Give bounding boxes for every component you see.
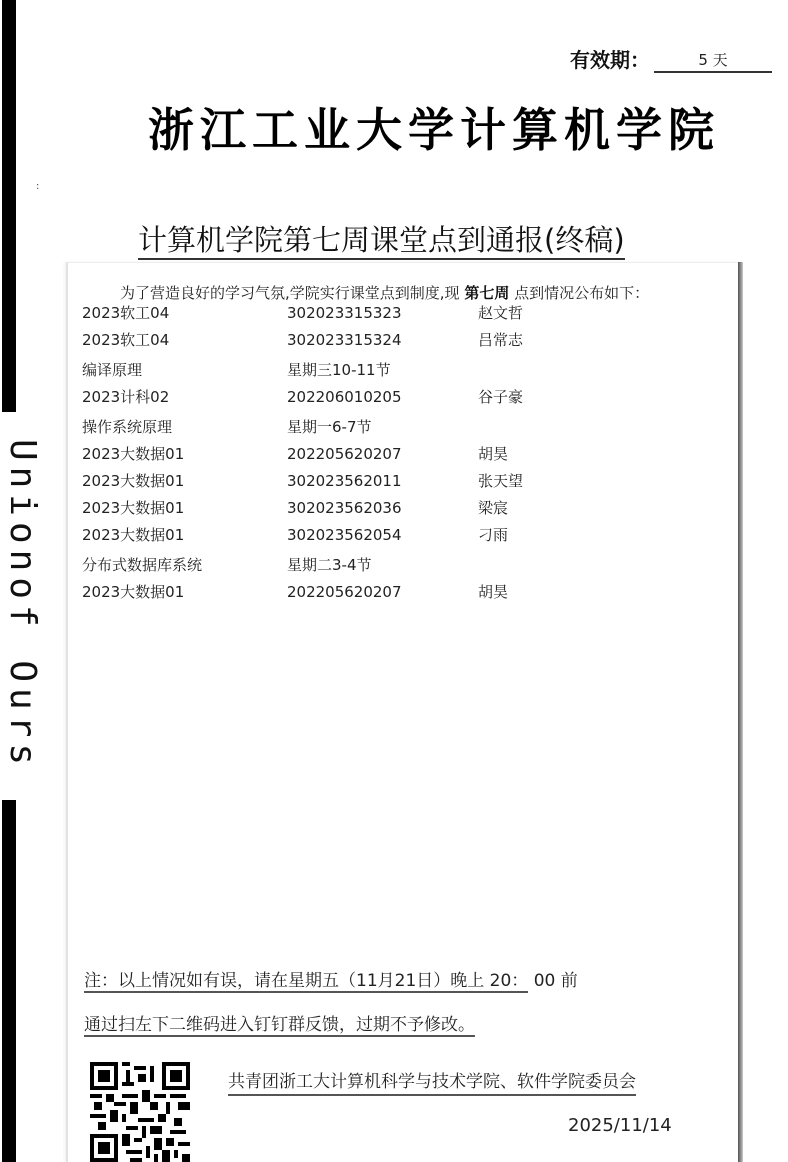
- student-id-cell: 302023562036: [287, 497, 478, 524]
- student-row: 2023软工04 302023315324 吕常志: [82, 329, 598, 356]
- student-row: 2023计科02 202206010205 谷子豪: [82, 386, 598, 413]
- content-panel-right-edge: [738, 262, 743, 1162]
- attendance-list: 2023软工04 302023315323 赵文哲 2023软工04 30202…: [82, 302, 598, 608]
- student-id-cell: 202206010205: [287, 386, 478, 413]
- course-row: 编译原理 星期三10-11节: [82, 356, 598, 386]
- student-row: 2023大数据01 202205620207 胡昊: [82, 581, 598, 608]
- student-id-cell: 302023315324: [287, 329, 478, 356]
- student-name-cell: 胡昊: [478, 443, 598, 470]
- student-row: 2023大数据01 202205620207 胡昊: [82, 443, 598, 470]
- intro-paragraph: 为了营造良好的学习气氛,学院实行课堂点到制度,现 第七周 点到情况公布如下：: [120, 282, 649, 303]
- student-name-cell: 梁宸: [478, 497, 598, 524]
- student-id-cell: 202205620207: [287, 581, 478, 608]
- student-id-cell: 202205620207: [287, 443, 478, 470]
- class-cell: 2023大数据01: [82, 470, 287, 497]
- student-name-cell: 赵文哲: [478, 302, 598, 329]
- validity-period: 有效期： 5 天: [570, 44, 772, 73]
- course-time-cell: 星期二3-4节: [287, 551, 478, 581]
- note-line-1-rest: 00 前: [528, 971, 577, 991]
- student-id-cell: 302023562011: [287, 470, 478, 497]
- class-cell: 2023大数据01: [82, 443, 287, 470]
- note-line-2: 通过扫左下二维码进入钉钉群反馈，过期不予修改。: [84, 1012, 475, 1038]
- validity-value: 5 天: [654, 49, 772, 73]
- intro-week: 第七周: [464, 284, 509, 302]
- validity-label: 有效期：: [570, 44, 650, 73]
- notice-title: 计算机学院第七周课堂点到通报(终稿): [138, 222, 625, 260]
- class-cell: 2023大数据01: [82, 497, 287, 524]
- course-row: 分布式数据库系统 星期二3-4节: [82, 551, 598, 581]
- class-cell: 2023计科02: [82, 386, 287, 413]
- issuing-organization: 共青团浙工大计算机科学与技术学院、软件学院委员会: [228, 1070, 636, 1096]
- course-time-cell: 星期三10-11节: [287, 356, 478, 386]
- note-line-1-underlined: 注：以上情况如有误，请在星期五（11月21日）晚上 20：: [84, 971, 528, 993]
- student-name-cell: 胡昊: [478, 581, 598, 608]
- note-line-2-text: 通过扫左下二维码进入钉钉群反馈，过期不予修改。: [84, 1015, 475, 1037]
- side-banner-text: Unionof Ours: [7, 405, 37, 805]
- qr-code-icon[interactable]: [88, 1062, 192, 1162]
- class-cell: 2023软工04: [82, 329, 287, 356]
- student-row: 2023大数据01 302023562036 梁宸: [82, 497, 598, 524]
- student-row: 2023大数据01 302023562054 刁雨: [82, 524, 598, 551]
- issue-date: 2025/11/14: [568, 1114, 672, 1138]
- student-row: 2023大数据01 302023562011 张天望: [82, 470, 598, 497]
- student-name-cell: 张天望: [478, 470, 598, 497]
- course-row: 操作系统原理 星期一6-7节: [82, 413, 598, 443]
- student-name-cell: 谷子豪: [478, 386, 598, 413]
- course-name-cell: 分布式数据库系统: [82, 551, 287, 581]
- intro-text-before: 为了营造良好的学习气氛,学院实行课堂点到制度,现: [120, 284, 464, 302]
- school-title: 浙江工业大学计算机学院: [148, 100, 748, 160]
- course-name-cell: 编译原理: [82, 356, 287, 386]
- course-time-cell: 星期一6-7节: [287, 413, 478, 443]
- student-id-cell: 302023315323: [287, 302, 478, 329]
- stray-colon-mark: :: [36, 184, 39, 190]
- course-name-cell: 操作系统原理: [82, 413, 287, 443]
- note-line-1: 注：以上情况如有误，请在星期五（11月21日）晚上 20： 00 前: [84, 968, 578, 994]
- class-cell: 2023大数据01: [82, 581, 287, 608]
- student-name-cell: 刁雨: [478, 524, 598, 551]
- intro-text-after: 点到情况公布如下：: [509, 284, 649, 302]
- class-cell: 2023软工04: [82, 302, 287, 329]
- student-name-cell: 吕常志: [478, 329, 598, 356]
- student-id-cell: 302023562054: [287, 524, 478, 551]
- student-row: 2023软工04 302023315323 赵文哲: [82, 302, 598, 329]
- class-cell: 2023大数据01: [82, 524, 287, 551]
